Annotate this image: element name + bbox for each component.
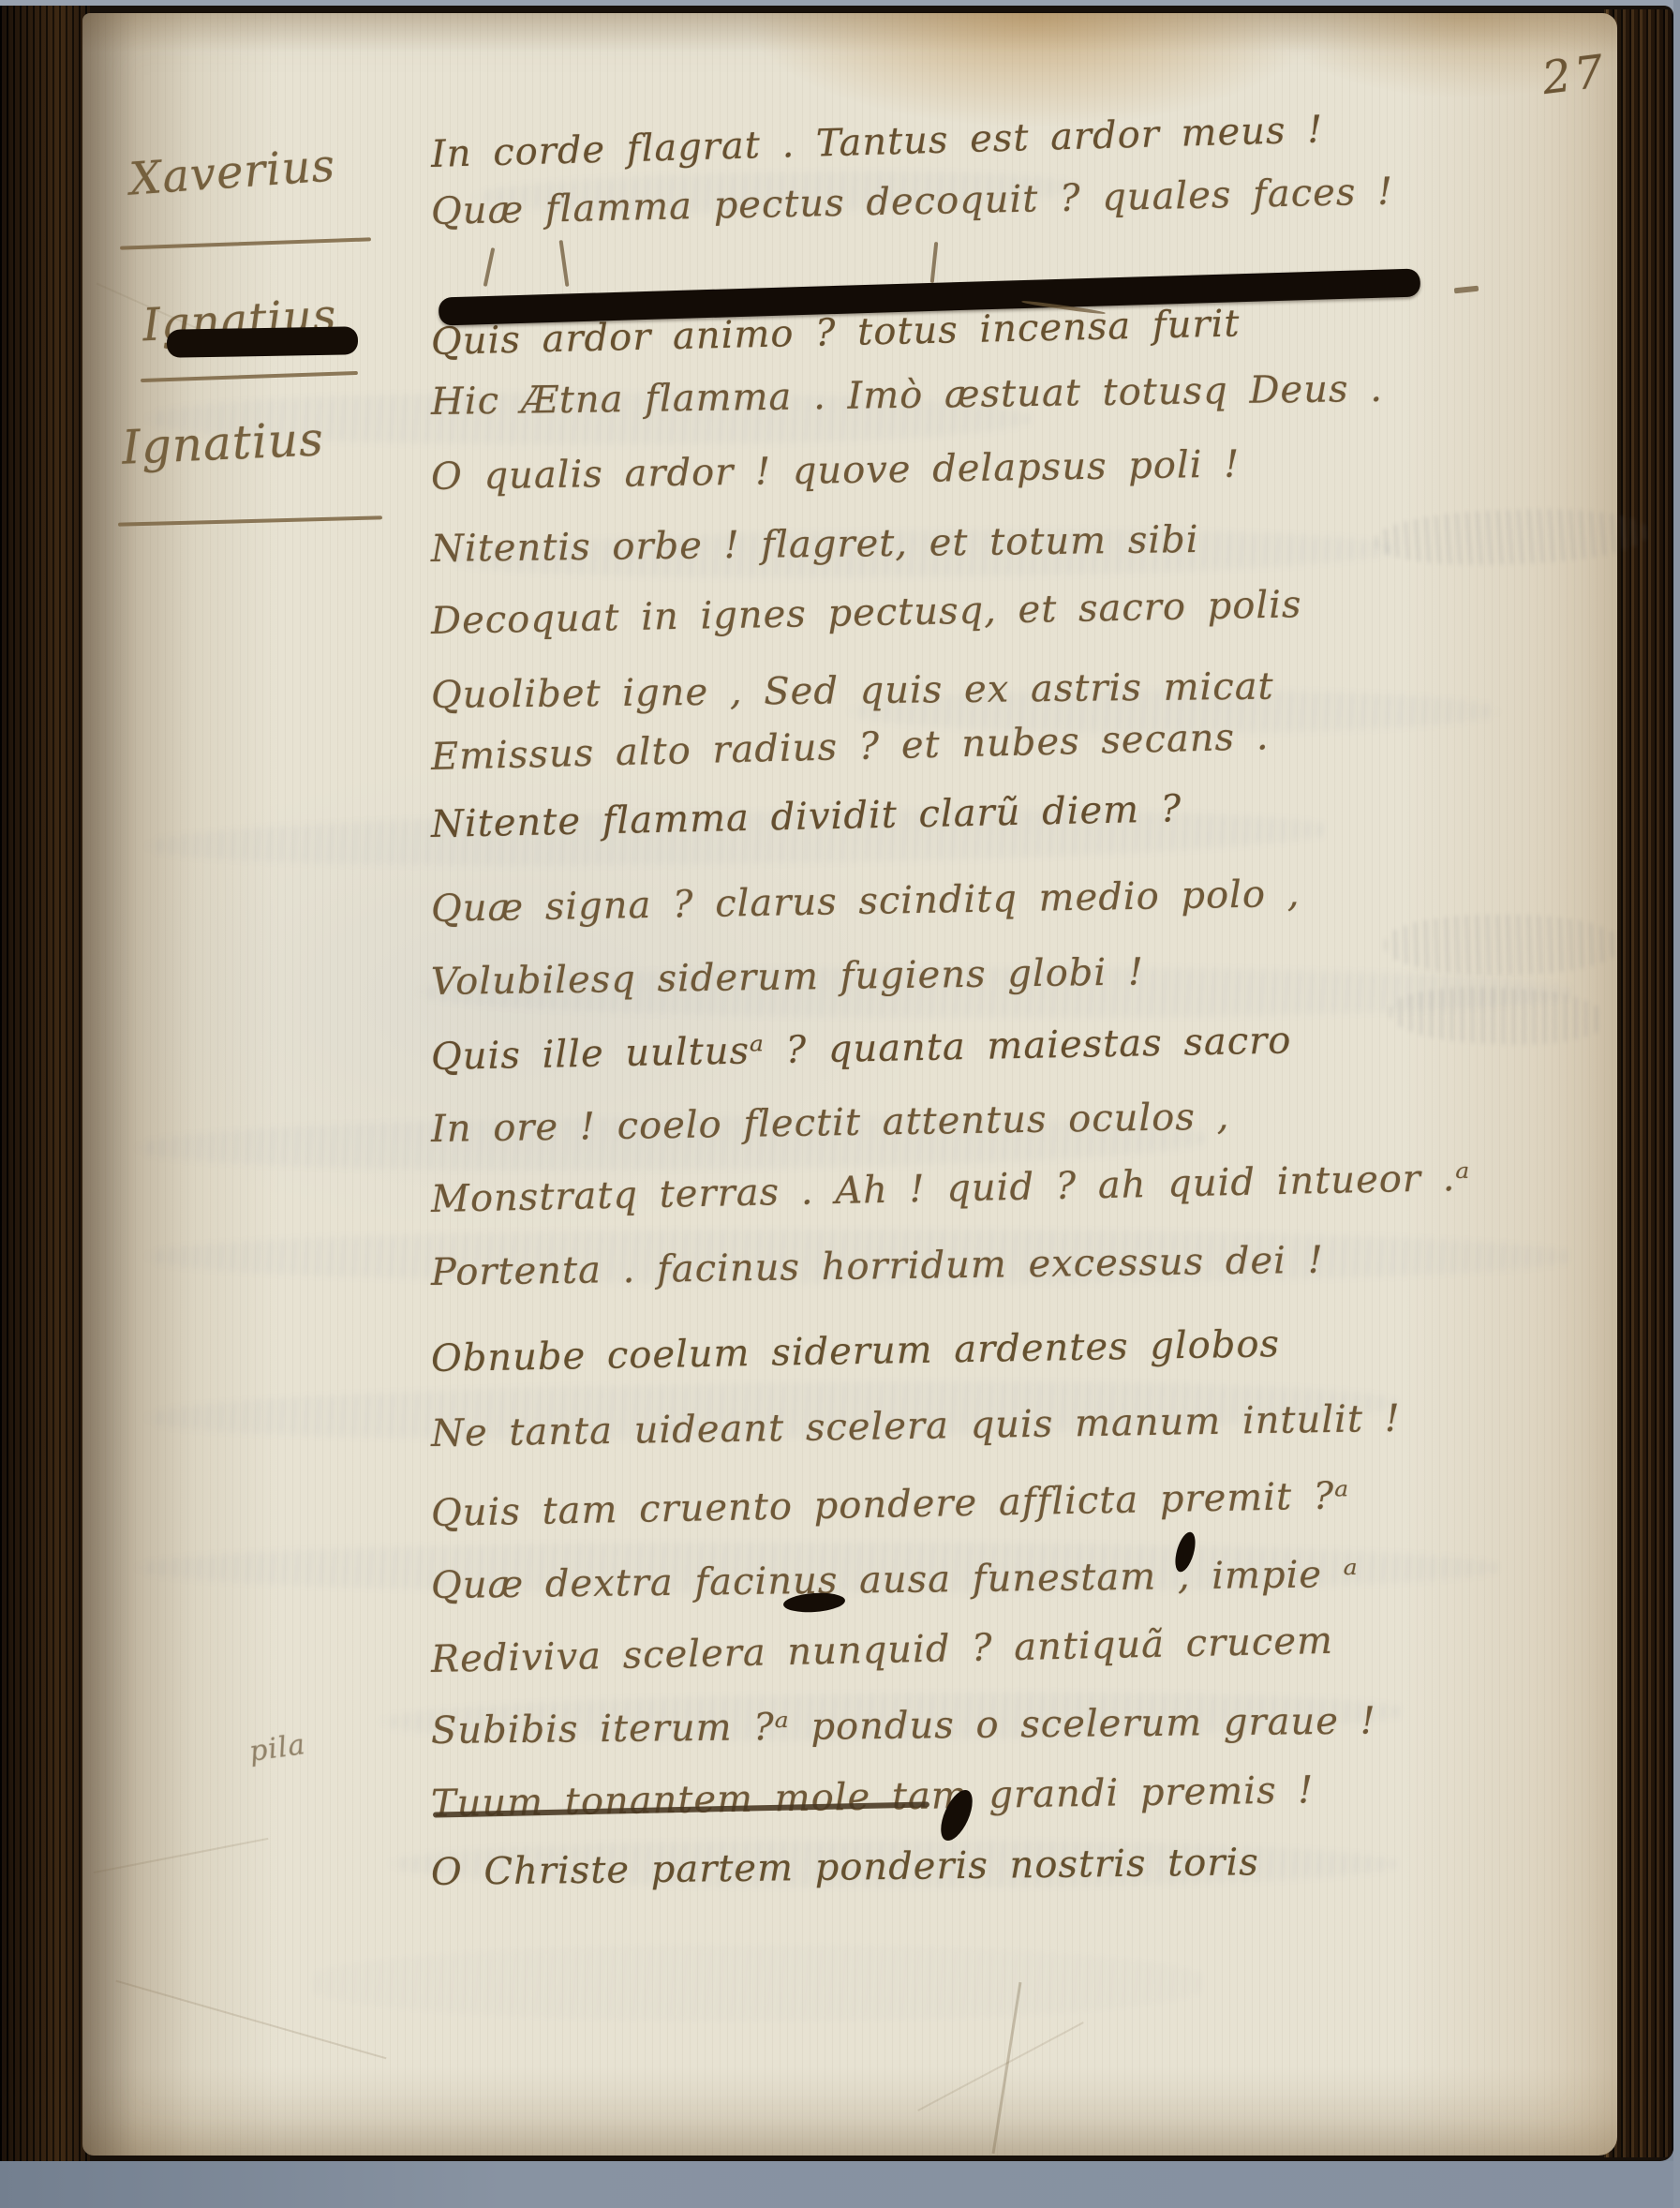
pencil-smudge	[1375, 505, 1648, 569]
poem-line: Quolibet igne , Sed quis ex astris micat	[431, 665, 1274, 717]
pencil-smudge	[1389, 984, 1606, 1048]
show-through-ghost-text	[307, 1946, 1207, 2021]
paper-crease	[94, 1838, 269, 1873]
margin-note-label: Ignatius	[121, 411, 325, 474]
book-binding: 27 Xaverius Ignatius Ignatius pila In co…	[0, 6, 1673, 2161]
pencil-smudge	[1385, 915, 1619, 975]
scan-bed-bottom-edge	[0, 2161, 1680, 2208]
book-spine	[0, 6, 90, 2161]
ink-strike-blot	[167, 326, 358, 358]
margin-note-ignatius: Ignatius	[121, 411, 325, 474]
manuscript-scan: 27 Xaverius Ignatius Ignatius pila In co…	[0, 0, 1680, 2208]
folio-number: 27	[1539, 45, 1610, 105]
scan-bed-right-edge	[1673, 0, 1680, 2208]
